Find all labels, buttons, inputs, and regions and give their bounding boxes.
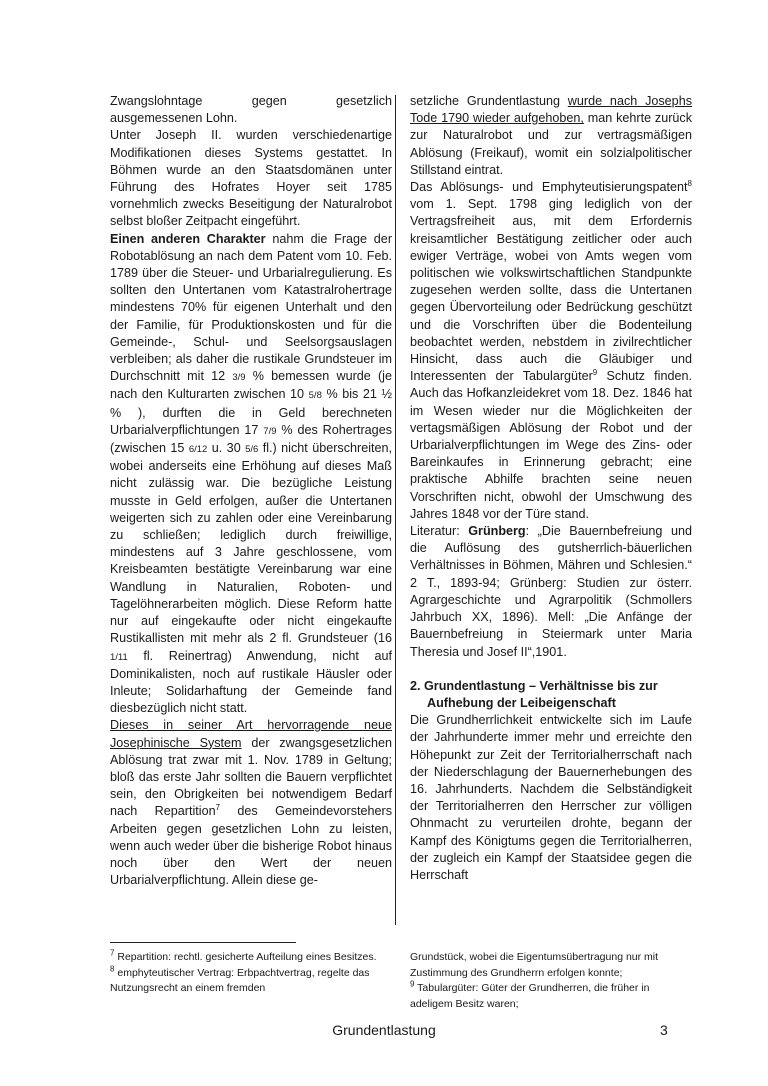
footnote: 9 Tabulargüter: Güter der Grundherren, d… bbox=[410, 981, 692, 1012]
literature-paragraph: Literatur: Grünberg: „Die Bauernbefreiun… bbox=[410, 523, 692, 661]
text: fl.) nicht überschreiten, wobei andersei… bbox=[110, 441, 392, 645]
footnotes-left: 7 Repartition: rechtl. gesicherte Auftei… bbox=[110, 950, 392, 997]
fraction: 3/9 bbox=[232, 372, 245, 383]
section-heading: 2. Grundentlastung – Verhältnisse bis zu… bbox=[410, 678, 692, 712]
footnote-text: Tabulargüter: Güter der Grundherren, die… bbox=[410, 982, 649, 1010]
footnote-text: emphyteutischer Vertrag: Erbpachtvertrag… bbox=[110, 967, 370, 995]
page-number: 3 bbox=[660, 1022, 668, 1038]
text: Das Ablösungs- und Emphyteutisierungspat… bbox=[410, 180, 688, 194]
fraction: 7/9 bbox=[263, 426, 276, 437]
paragraph: Die Grundherrlichkeit entwickelte sich i… bbox=[410, 712, 692, 884]
footnote: 7 Repartition: rechtl. gesicherte Auftei… bbox=[110, 950, 392, 966]
paragraph: Dieses in seiner Art hervorragende neue … bbox=[110, 717, 392, 889]
footnote-continuation: Grundstück, wobei die Eigentumsübertragu… bbox=[410, 950, 692, 981]
column-divider bbox=[395, 95, 396, 925]
text: nahm die Frage der Robotablösung an nach… bbox=[110, 232, 392, 384]
right-column: setzliche Grundentlastung wurde nach Jos… bbox=[410, 93, 692, 884]
paragraph: Zwangslohntage gegen gesetzlich ausgemes… bbox=[110, 93, 392, 127]
text: setzliche Grundentlastung bbox=[410, 94, 568, 108]
bold-author: Grünberg bbox=[468, 524, 525, 538]
fraction: 6/12 bbox=[189, 444, 208, 455]
paragraph: Das Ablösungs- und Emphyteutisierungspat… bbox=[410, 179, 692, 523]
text: vom 1. Sept. 1798 ging lediglich von der… bbox=[410, 197, 692, 383]
fraction: 5/6 bbox=[245, 444, 258, 455]
paragraph: setzliche Grundentlastung wurde nach Jos… bbox=[410, 93, 692, 179]
bold-lead: Einen anderen Charakter bbox=[110, 232, 266, 246]
footnote-separator bbox=[110, 942, 296, 943]
footnotes-right: Grundstück, wobei die Eigentumsübertragu… bbox=[410, 950, 692, 1012]
fraction: 1/11 bbox=[110, 652, 128, 663]
text: : „Die Bauernbefreiung und die Auflösung… bbox=[410, 524, 692, 658]
text: fl. Reinertrag) Anwendung, nicht auf Dom… bbox=[110, 649, 392, 716]
footnote: 8 emphyteutischer Vertrag: Erbpachtvertr… bbox=[110, 966, 392, 997]
footnote-text: Repartition: rechtl. gesicherte Aufteilu… bbox=[114, 951, 376, 963]
left-column: Zwangslohntage gegen gesetzlich ausgemes… bbox=[110, 93, 392, 889]
text: Literatur: bbox=[410, 524, 468, 538]
paragraph: Einen anderen Charakter nahm die Frage d… bbox=[110, 231, 392, 718]
footnote-ref[interactable]: 8 bbox=[688, 179, 692, 188]
text: u. 30 bbox=[207, 441, 245, 455]
fraction: 5/8 bbox=[309, 390, 322, 401]
text: Schutz finden. Auch das Hofkanzleidekret… bbox=[410, 369, 692, 521]
paragraph: Unter Joseph II. wurden verschiedenartig… bbox=[110, 127, 392, 230]
footer-title: Grundentlastung bbox=[0, 1022, 768, 1038]
document-page: Zwangslohntage gegen gesetzlich ausgemes… bbox=[0, 0, 768, 1086]
